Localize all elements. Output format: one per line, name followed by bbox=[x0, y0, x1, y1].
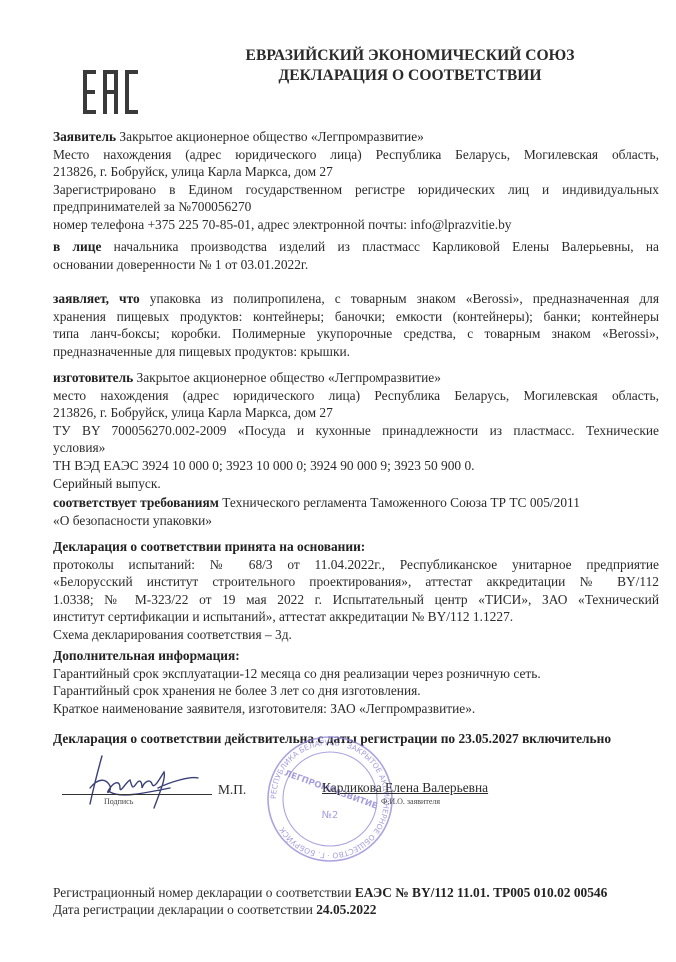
compliance-line-1: Технического регламента Таможенного Союз… bbox=[219, 495, 580, 510]
representative-label: в лице bbox=[53, 239, 101, 254]
applicant-label: Заявитель bbox=[53, 129, 116, 144]
manufacturer-tn-ved: ТН ВЭД ЕАЭС 3924 10 000 0; 3923 10 000 0… bbox=[53, 457, 659, 475]
seal-mark: М.П. bbox=[218, 782, 246, 798]
representative-line-2: основании доверенности № 1 от 03.01.2022… bbox=[53, 256, 659, 274]
declares-section: заявляет, что упаковка из полипропилена,… bbox=[53, 290, 659, 360]
signatory-name-caption: Ф.И.О. заявителя bbox=[381, 797, 440, 806]
declares-line-3: типа ланч-боксы; коробки. Полимерные уку… bbox=[53, 325, 659, 343]
applicant-section: Заявитель Закрытое акционерное общество … bbox=[53, 128, 659, 234]
manufacturer-address-2: 213826, г. Бобруйск, улица Карла Маркса,… bbox=[53, 404, 659, 422]
manufacturer-tu-1: ТУ BY 700056270.002-2009 «Посуда и кухон… bbox=[53, 422, 659, 440]
title-declaration: ДЕКЛАРАЦИЯ О СООТВЕТСТВИИ bbox=[150, 66, 670, 86]
basis-heading: Декларация о соответствии принята на осн… bbox=[53, 538, 659, 556]
applicant-registration-2: предпринимателей за №700056270 bbox=[53, 198, 659, 216]
eac-logo-icon bbox=[83, 70, 139, 114]
applicant-registration-1: Зарегистрировано в Едином государственно… bbox=[53, 181, 659, 199]
additional-heading: Дополнительная информация: bbox=[53, 647, 659, 665]
additional-line-1: Гарантийный срок эксплуатации-12 месяца … bbox=[53, 665, 659, 683]
registration-date-label: Дата регистрации декларации о соответств… bbox=[53, 902, 316, 917]
applicant-name: Закрытое акционерное общество «Легпромра… bbox=[116, 129, 424, 144]
document-title: ЕВРАЗИЙСКИЙ ЭКОНОМИЧЕСКИЙ СОЮЗ ДЕКЛАРАЦИ… bbox=[150, 46, 670, 86]
title-union: ЕВРАЗИЙСКИЙ ЭКОНОМИЧЕСКИЙ СОЮЗ bbox=[150, 46, 670, 66]
manufacturer-label: изготовитель bbox=[53, 370, 133, 385]
declares-line-1: упаковка из полипропилена, с товарным зн… bbox=[140, 291, 659, 306]
basis-line-1: протоколы испытаний: № 68/3 от 11.04.202… bbox=[53, 556, 659, 574]
applicant-contacts: номер телефона +375 225 70-85-01, адрес … bbox=[53, 216, 659, 234]
registration-number-value: ЕАЭС № BY/112 11.01. ТР005 010.02 00546 bbox=[355, 885, 607, 900]
registration-date-value: 24.05.2022 bbox=[316, 902, 376, 917]
company-seal-stamp-icon: РЕСПУБЛИКА БЕЛАРУСЬ · ЗАКРЫТОЕ АКЦИОНЕРН… bbox=[265, 734, 395, 864]
applicant-address-1: Место нахождения (адрес юридического лиц… bbox=[53, 146, 659, 164]
manufacturer-address-1: место нахождения (адрес юридического лиц… bbox=[53, 387, 659, 405]
declares-line-4: предназначенные для пищевых продуктов: к… bbox=[53, 343, 659, 361]
declares-line-2: хранения пищевых продуктов: контейнеры; … bbox=[53, 308, 659, 326]
additional-line-2: Гарантийный срок хранения не более 3 лет… bbox=[53, 682, 659, 700]
signatory-name: Карликова Елена Валерьевна bbox=[322, 780, 488, 796]
compliance-section: соответствует требованиям Технического р… bbox=[53, 494, 659, 529]
svg-text:РЕСПУБЛИКА БЕЛАРУСЬ · ЗАКРЫТОЕ: РЕСПУБЛИКА БЕЛАРУСЬ · ЗАКРЫТОЕ АКЦИОНЕРН… bbox=[269, 738, 391, 860]
signature-line bbox=[62, 794, 212, 795]
additional-line-3: Краткое наименование заявителя, изготови… bbox=[53, 700, 659, 718]
svg-text:№2: №2 bbox=[322, 810, 339, 821]
applicant-address-2: 213826, г. Бобруйск, улица Карла Маркса,… bbox=[53, 163, 659, 181]
basis-line-3: 1.0338; № М-323/22 от 19 мая 2022 г. Исп… bbox=[53, 591, 659, 609]
representative-section: в лице начальника производства изделий и… bbox=[53, 238, 659, 273]
registration-number-label: Регистрационный номер декларации о соотв… bbox=[53, 885, 355, 900]
additional-info-section: Дополнительная информация: Гарантийный с… bbox=[53, 647, 659, 717]
manufacturer-name: Закрытое акционерное общество «Легпромра… bbox=[133, 370, 441, 385]
manufacturer-tu-2: условия» bbox=[53, 439, 659, 457]
basis-scheme: Схема декларирования соответствия – 3д. bbox=[53, 626, 659, 644]
basis-line-4: институт сертификации и испытаний», атте… bbox=[53, 608, 659, 626]
handwritten-signature-icon bbox=[80, 748, 200, 818]
declares-label: заявляет, что bbox=[53, 291, 140, 306]
compliance-label: соответствует требованиям bbox=[53, 495, 219, 510]
manufacturer-section: изготовитель Закрытое акционерное общест… bbox=[53, 369, 659, 492]
signature-caption: Подпись bbox=[104, 797, 133, 806]
basis-line-2: «Белорусский институт строительного прое… bbox=[53, 573, 659, 591]
basis-section: Декларация о соответствии принята на осн… bbox=[53, 538, 659, 644]
manufacturer-release: Серийный выпуск. bbox=[53, 475, 659, 493]
compliance-line-2: «О безопасности упаковки» bbox=[53, 512, 659, 530]
declaration-page: ЕВРАЗИЙСКИЙ ЭКОНОМИЧЕСКИЙ СОЮЗ ДЕКЛАРАЦИ… bbox=[0, 0, 676, 962]
registration-section: Регистрационный номер декларации о соотв… bbox=[53, 884, 607, 918]
representative-line-1: начальника производства изделий из пласт… bbox=[101, 239, 659, 254]
